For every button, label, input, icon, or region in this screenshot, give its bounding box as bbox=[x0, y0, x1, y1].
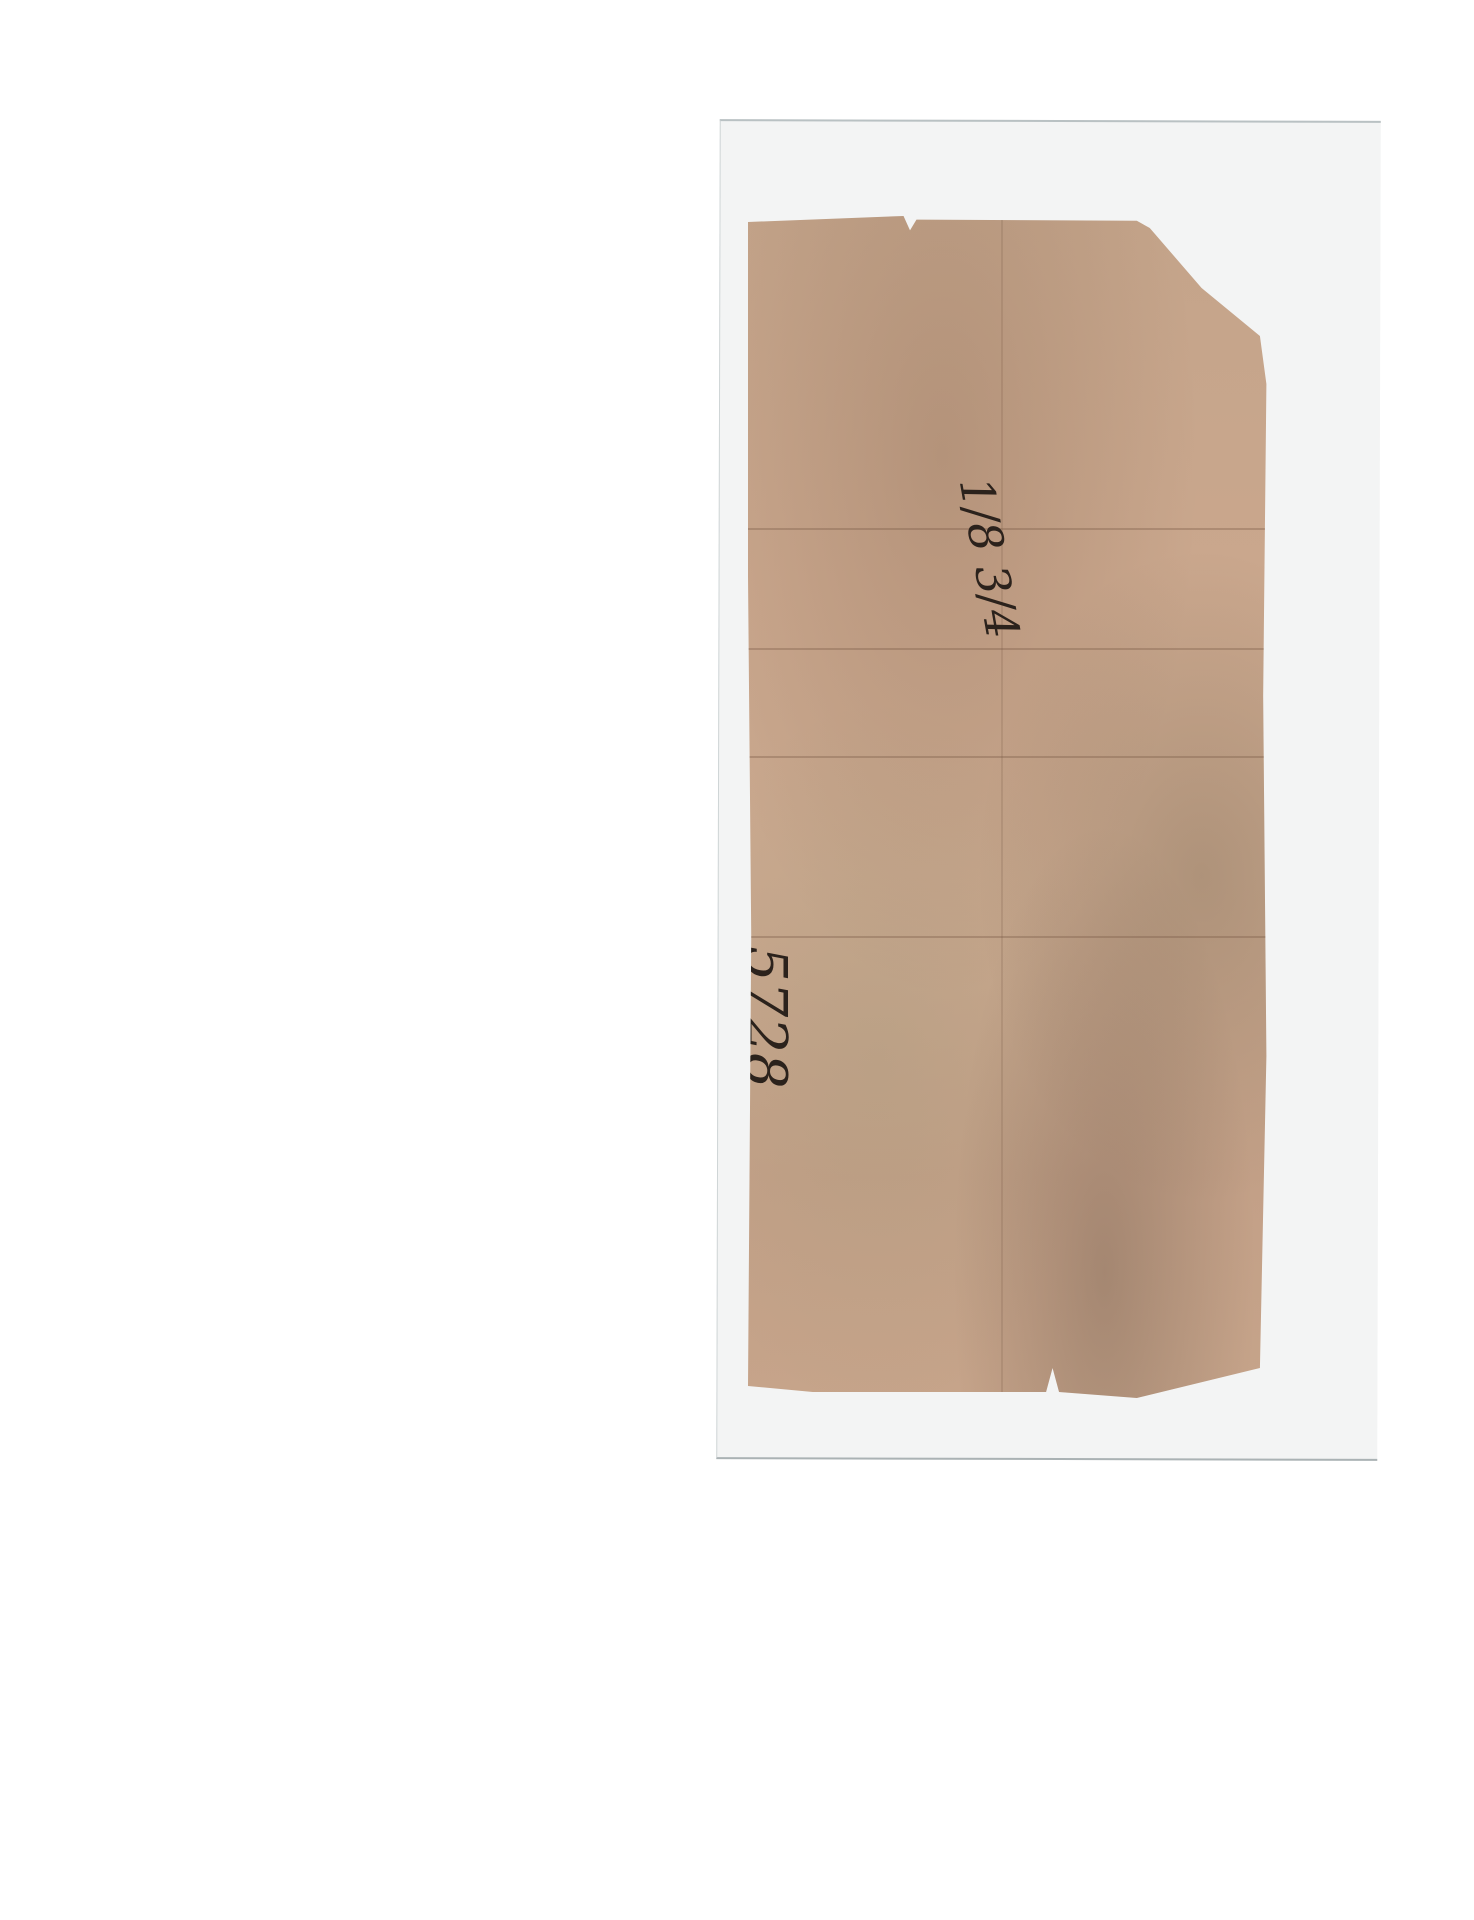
handwritten-fraction: 1/8 3/4 bbox=[949, 473, 1030, 643]
crease bbox=[1001, 216, 1003, 1416]
